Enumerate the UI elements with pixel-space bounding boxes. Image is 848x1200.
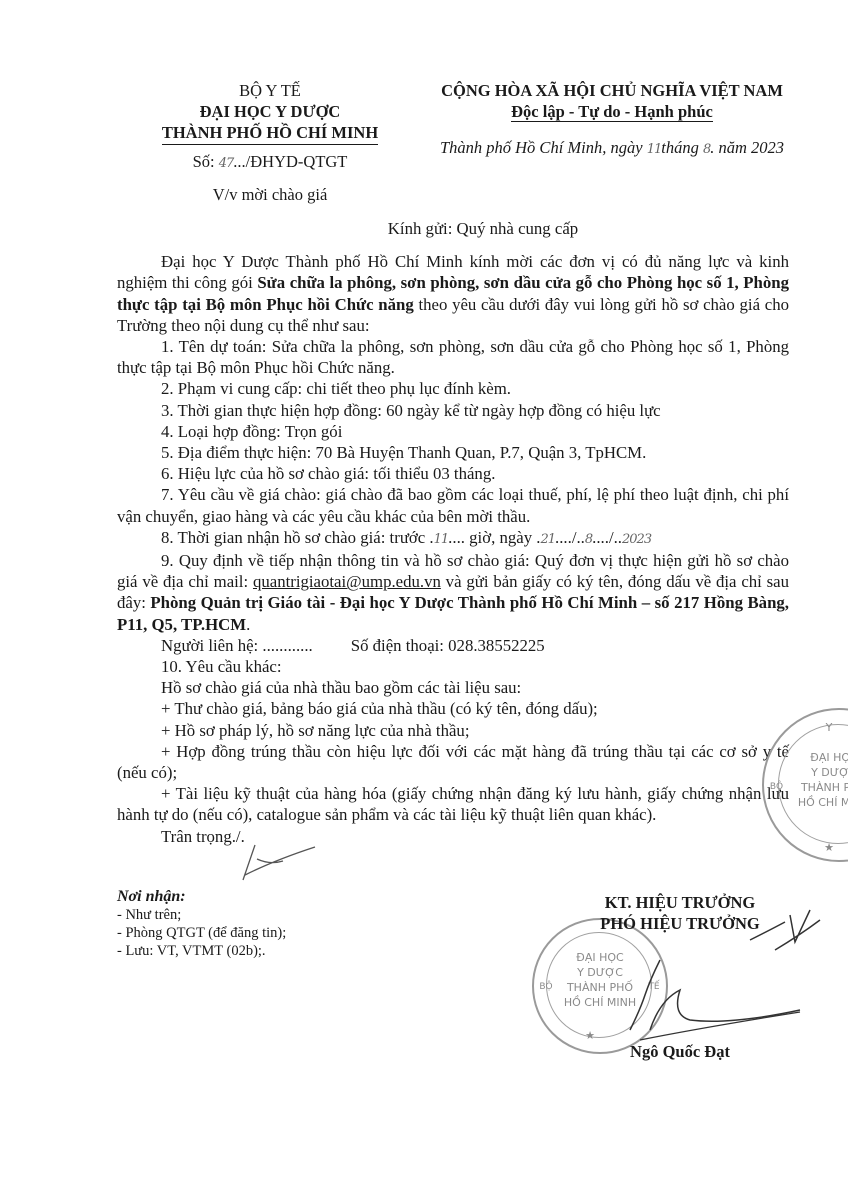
recipients-title: Nơi nhận: (117, 888, 286, 906)
letter-body: Kính gửi: Quý nhà cung cấp Đại học Y Dượ… (117, 218, 789, 847)
item-1: 1. Tên dự toán: Sửa chữa la phông, sơn p… (117, 336, 789, 378)
university-name-line2: THÀNH PHỐ HỒ CHÍ MINH (162, 122, 378, 145)
national-header-block: CỘNG HÒA XÃ HỘI CHỦ NGHĨA VIỆT NAM Độc l… (408, 80, 816, 122)
handwritten-signature (600, 900, 830, 1050)
contact-phone: Số điện thoại: 028.38552225 (351, 636, 545, 655)
recipient-item: - Lưu: VT, VTMT (02b);. (117, 942, 286, 960)
nation-name: CỘNG HÒA XÃ HỘI CHỦ NGHĨA VIỆT NAM (408, 80, 816, 101)
handwritten-doc-number: 47 (219, 156, 234, 171)
signer-name: Ngô Quốc Đạt (560, 1042, 800, 1062)
document-number: Số: 47.../ĐHYD-QTGT (140, 151, 400, 174)
required-doc-3: + Hợp đồng trúng thầu còn hiệu lực đối v… (117, 741, 789, 783)
item-10-intro: Hồ sơ chào giá của nhà thầu bao gồm các … (117, 677, 789, 698)
required-doc-1: + Thư chào giá, bảng báo giá của nhà thầ… (117, 698, 789, 719)
item-8: 8. Thời gian nhận hồ sơ chào giá: trước … (117, 527, 789, 550)
item-6: 6. Hiệu lực của hồ sơ chào giá: tối thiể… (117, 463, 789, 484)
item-10-title: 10. Yêu cầu khác: (117, 656, 789, 677)
recipient-item: - Như trên; (117, 906, 286, 924)
national-motto: Độc lập - Tự do - Hạnh phúc (511, 102, 713, 122)
closing: Trân trọng./. (117, 826, 789, 847)
issuing-agency-block: BỘ Y TẾ ĐẠI HỌC Y DƯỢC THÀNH PHỐ HỒ CHÍ … (140, 80, 400, 205)
delivery-address: Phòng Quản trị Giáo tài - Đại học Y Dược… (117, 593, 789, 633)
document-subject: V/v mời chào giá (140, 184, 400, 205)
salutation: Kính gửi: Quý nhà cung cấp (117, 218, 789, 239)
item-9: 9. Quy định về tiếp nhận thông tin và hồ… (117, 550, 789, 635)
ministry-name: BỘ Y TẾ (140, 80, 400, 101)
handwritten-deadline-year: 2023 (622, 532, 651, 547)
initial-signature-scribble (235, 835, 325, 885)
handwritten-day: 11 (647, 142, 662, 157)
document-date: Thành phố Hồ Chí Minh, ngày 11tháng 8. n… (408, 138, 816, 158)
item-5: 5. Địa điểm thực hiện: 70 Bà Huyện Thanh… (117, 442, 789, 463)
item-3: 3. Thời gian thực hiện hợp đồng: 60 ngày… (117, 400, 789, 421)
recipient-item: - Phòng QTGT (để đăng tin); (117, 924, 286, 942)
handwritten-hour: 11 (434, 532, 449, 547)
intro-paragraph: Đại học Y Dược Thành phố Hồ Chí Minh kín… (117, 251, 789, 336)
university-name-line1: ĐẠI HỌC Y DƯỢC (140, 101, 400, 122)
contact-line: Người liên hệ: ............Số điện thoại… (117, 635, 789, 656)
item-4: 4. Loại hợp đồng: Trọn gói (117, 421, 789, 442)
handwritten-deadline-day: 21 (540, 532, 555, 547)
item-2: 2. Phạm vi cung cấp: chi tiết theo phụ l… (117, 378, 789, 399)
contact-person: Người liên hệ: ............ (161, 636, 313, 655)
recipients-block: Nơi nhận: - Như trên; - Phòng QTGT (để đ… (117, 888, 286, 960)
required-doc-2: + Hồ sơ pháp lý, hồ sơ năng lực của nhà … (117, 720, 789, 741)
email-link[interactable]: quantrigiaotai@ump.edu.vn (253, 572, 441, 591)
item-7: 7. Yêu cầu về giá chào: giá chào đã bao … (117, 484, 789, 526)
